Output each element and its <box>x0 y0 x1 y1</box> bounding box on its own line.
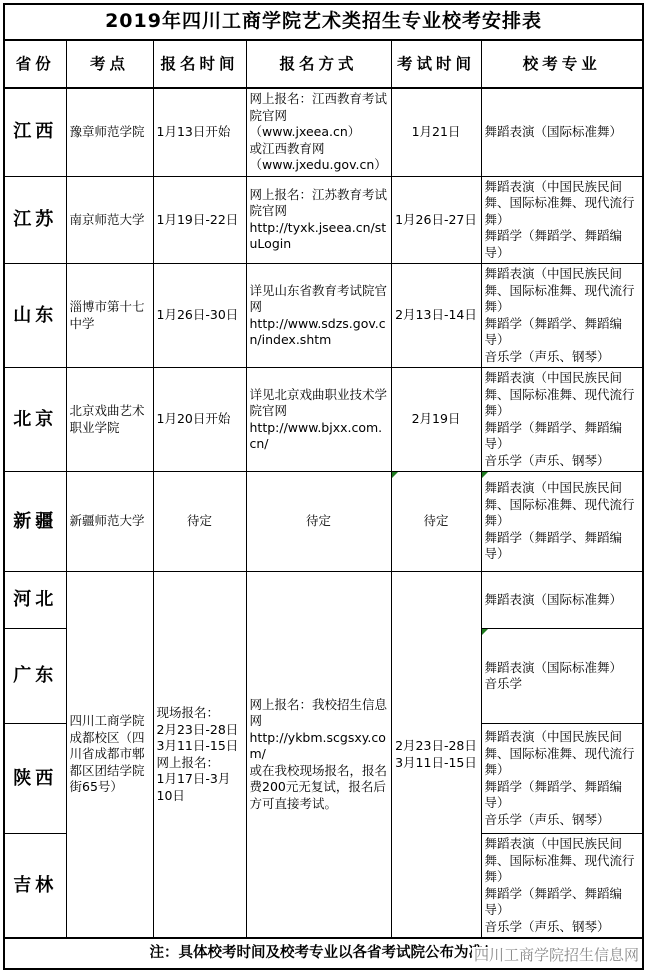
jiangsu-exam-time-cell: 1月26日-27日 <box>391 176 481 264</box>
column-header-majors: 校考专业 <box>481 40 643 88</box>
jiangxi-reg-time-cell: 1月13日开始 <box>153 88 246 176</box>
xinjiang-majors-text: 舞蹈表演（中国民族民间舞、国际标准舞、现代流行舞） 舞蹈学（舞蹈学、舞蹈编导） <box>485 480 635 561</box>
table-row-shandong: 山东 淄博市第十七中学 1月26日-30日 详见山东省教育考试院官网 http:… <box>4 264 643 368</box>
page-title: 2019年四川工商学院艺术类招生专业校考安排表 <box>4 4 643 40</box>
shandong-venue-cell: 淄博市第十七中学 <box>66 264 153 368</box>
jiangxi-province-cell: 江西 <box>4 88 66 176</box>
guangdong-province-cell: 广东 <box>4 629 66 724</box>
jiangxi-venue-cell: 豫章师范学院 <box>66 88 153 176</box>
error-indicator-icon <box>392 472 398 478</box>
merged-reg-time-cell: 现场报名： 2月23日-28日 3月11日-15日 网上报名： 1月17日-3月… <box>153 572 246 939</box>
hebei-majors-cell: 舞蹈表演（国际标准舞） <box>481 572 643 629</box>
beijing-reg-time-cell: 1月20日开始 <box>153 368 246 472</box>
jiangsu-venue-cell: 南京师范大学 <box>66 176 153 264</box>
exam-schedule-table: 2019年四川工商学院艺术类招生专业校考安排表 省份 考点 报名时间 报名方式 … <box>3 3 644 970</box>
xinjiang-exam-time-cell: 待定 <box>391 472 481 572</box>
column-header-reg-time: 报名时间 <box>153 40 246 88</box>
xinjiang-reg-method-cell: 待定 <box>246 472 391 572</box>
xinjiang-majors-cell: 舞蹈表演（中国民族民间舞、国际标准舞、现代流行舞） 舞蹈学（舞蹈学、舞蹈编导） <box>481 472 643 572</box>
guangdong-majors-cell: 舞蹈表演（国际标准舞） 音乐学 <box>481 629 643 724</box>
table-row-beijing: 北京 北京戏曲艺术职业学院 1月20日开始 详见北京戏曲职业技术学院官网 htt… <box>4 368 643 472</box>
merged-exam-time-cell: 2月23日-28日 3月11日-15日 <box>391 572 481 939</box>
shandong-reg-time-cell: 1月26日-30日 <box>153 264 246 368</box>
beijing-venue-cell: 北京戏曲艺术职业学院 <box>66 368 153 472</box>
beijing-exam-time-cell: 2月19日 <box>391 368 481 472</box>
jiangsu-reg-time-cell: 1月19日-22日 <box>153 176 246 264</box>
jiangsu-province-cell: 江苏 <box>4 176 66 264</box>
jiangxi-reg-method-cell: 网上报名：江西教育考试院官网 （www.jxeea.cn） 或江西教育网 （ww… <box>246 88 391 176</box>
shandong-majors-cell: 舞蹈表演（中国民族民间舞、国际标准舞、现代流行舞） 舞蹈学（舞蹈学、舞蹈编导） … <box>481 264 643 368</box>
xinjiang-reg-time-cell: 待定 <box>153 472 246 572</box>
site-watermark: 四川工商学院招生信息网 <box>472 947 641 964</box>
jilin-majors-cell: 舞蹈表演（中国民族民间舞、国际标准舞、现代流行舞） 舞蹈学（舞蹈学、舞蹈编导） … <box>481 834 643 939</box>
jilin-province-cell: 吉林 <box>4 834 66 939</box>
shandong-province-cell: 山东 <box>4 264 66 368</box>
jiangxi-exam-time-cell: 1月21日 <box>391 88 481 176</box>
xinjiang-province-cell: 新疆 <box>4 472 66 572</box>
beijing-reg-method-cell: 详见北京戏曲职业技术学院官网 http://www.bjxx.com.cn/ <box>246 368 391 472</box>
column-header-venue: 考点 <box>66 40 153 88</box>
column-header-exam-time: 考试时间 <box>391 40 481 88</box>
exam-schedule-page: 2019年四川工商学院艺术类招生专业校考安排表 省份 考点 报名时间 报名方式 … <box>0 0 645 963</box>
error-indicator-icon <box>482 629 488 635</box>
beijing-majors-cell: 舞蹈表演（中国民族民间舞、国际标准舞、现代流行舞） 舞蹈学（舞蹈学、舞蹈编导） … <box>481 368 643 472</box>
column-header-province: 省份 <box>4 40 66 88</box>
table-row-jiangxi: 江西 豫章师范学院 1月13日开始 网上报名：江西教育考试院官网 （www.jx… <box>4 88 643 176</box>
table-row-jiangsu: 江苏 南京师范大学 1月19日-22日 网上报名：江苏教育考试院官网 http:… <box>4 176 643 264</box>
xinjiang-venue-cell: 新疆师范大学 <box>66 472 153 572</box>
shandong-exam-time-cell: 2月13日-14日 <box>391 264 481 368</box>
jiangsu-majors-cell: 舞蹈表演（中国民族民间舞、国际标准舞、现代流行舞） 舞蹈学（舞蹈学、舞蹈编导） <box>481 176 643 264</box>
jiangxi-majors-cell: 舞蹈表演（国际标准舞） <box>481 88 643 176</box>
xinjiang-exam-time-text: 待定 <box>423 513 448 528</box>
shaanxi-majors-cell: 舞蹈表演（中国民族民间舞、国际标准舞、现代流行舞） 舞蹈学（舞蹈学、舞蹈编导） … <box>481 724 643 834</box>
shaanxi-province-cell: 陕西 <box>4 724 66 834</box>
merged-venue-cell: 四川工商学院成都校区（四川省成都市郫都区团结学院街65号） <box>66 572 153 939</box>
guangdong-majors-text: 舞蹈表演（国际标准舞） 音乐学 <box>485 660 623 692</box>
beijing-province-cell: 北京 <box>4 368 66 472</box>
table-row-hebei: 河北 四川工商学院成都校区（四川省成都市郫都区团结学院街65号） 现场报名： 2… <box>4 572 643 629</box>
table-row-xinjiang: 新疆 新疆师范大学 待定 待定 待定 舞蹈表演（中国民族民间舞、国际标准舞、现代… <box>4 472 643 572</box>
hebei-province-cell: 河北 <box>4 572 66 629</box>
jiangsu-reg-method-cell: 网上报名：江苏教育考试院官网 http://tyxk.jseea.cn/stuL… <box>246 176 391 264</box>
column-header-reg-method: 报名方式 <box>246 40 391 88</box>
merged-reg-method-cell: 网上报名：我校招生信息网 http://ykbm.scgsxy.com/ 或在我… <box>246 572 391 939</box>
shandong-reg-method-cell: 详见山东省教育考试院官网 http://www.sdzs.gov.cn/inde… <box>246 264 391 368</box>
error-indicator-icon <box>482 472 488 478</box>
